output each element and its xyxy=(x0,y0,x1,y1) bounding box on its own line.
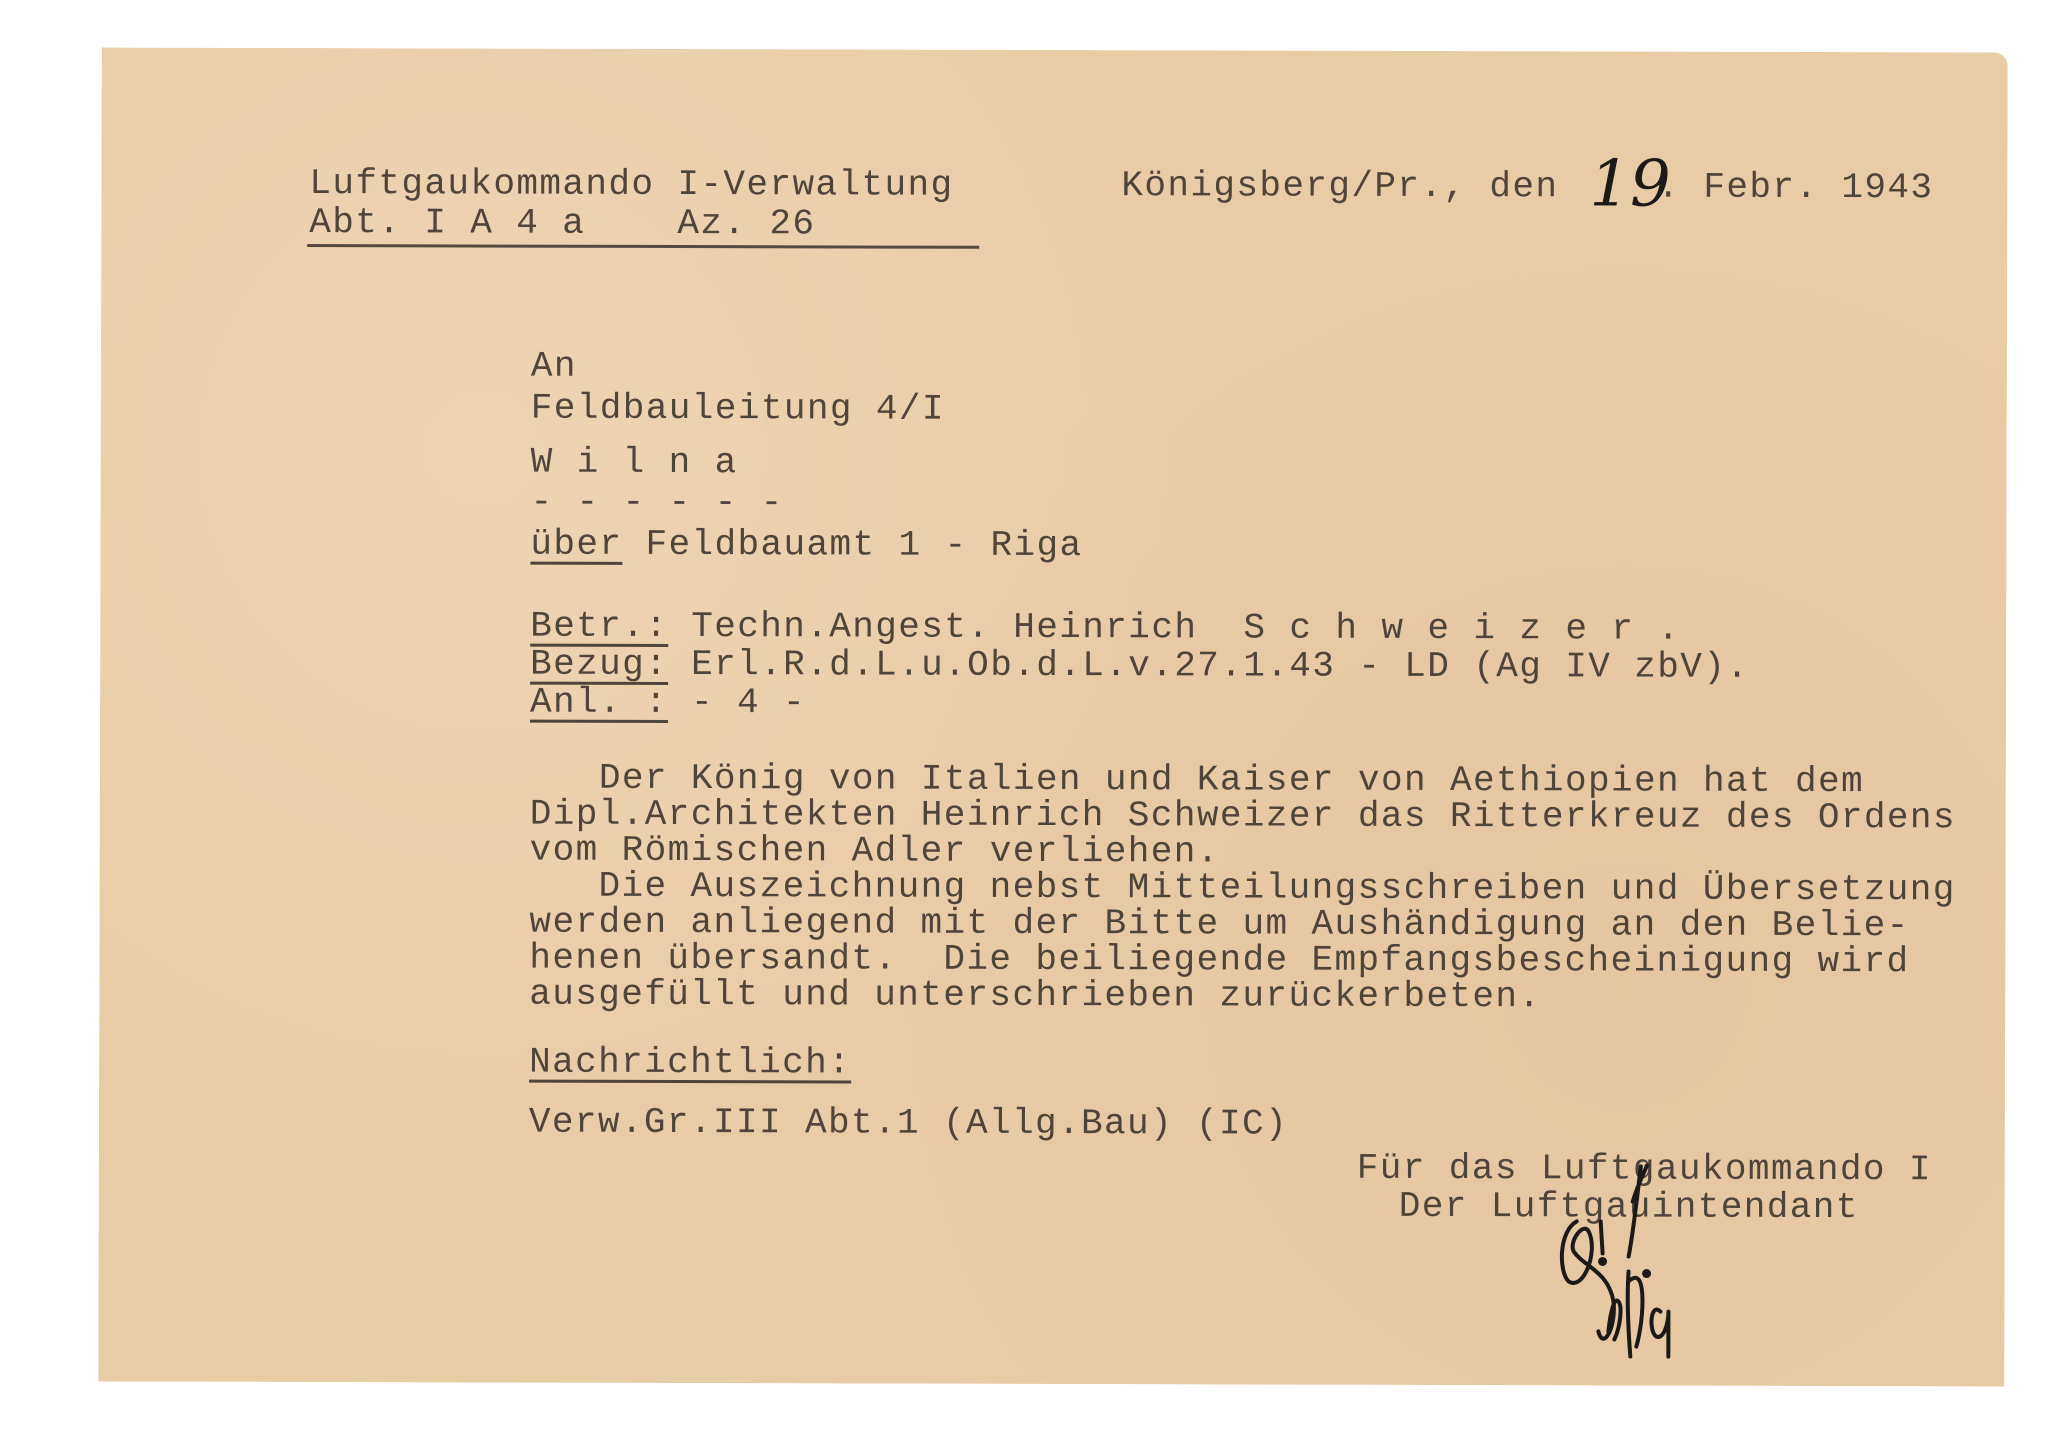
via-value: Feldbauamt 1 - Riga xyxy=(622,524,1082,566)
sender-underline xyxy=(307,244,979,249)
body-line: ausgefüllt und unterschrieben zurückerbe… xyxy=(529,977,1541,1016)
body-line: vom Römischen Adler verliehen. xyxy=(530,833,1220,871)
cc-value: Verw.Gr.III Abt.1 (Allg.Bau) (IC) xyxy=(529,1105,1288,1143)
reference-label: Betr.: xyxy=(530,606,668,647)
reference-value: - 4 - xyxy=(668,682,806,723)
address-recipient: Feldbauleitung 4/I xyxy=(531,391,945,428)
reference-label: Anl. : xyxy=(530,682,668,723)
reference-value: Techn.Angest. Heinrich S c h w e i z e r… xyxy=(668,606,1680,650)
cc-label: Nachrichtlich: xyxy=(529,1045,851,1082)
date-suffix: . Febr. 1943 xyxy=(1657,170,1933,207)
via-label: über xyxy=(530,524,622,565)
letter-paper: Luftgaukommando I-Verwaltung Abt. I A 4 … xyxy=(98,48,2007,1387)
place-date-prefix: Königsberg/Pr., den xyxy=(1121,168,1558,205)
sender-line-1: Luftgaukommando I-Verwaltung xyxy=(309,166,953,204)
address-via-line: über Feldbauamt 1 - Riga xyxy=(530,527,1082,564)
sender-line-2: Abt. I A 4 a Az. 26 xyxy=(309,205,815,242)
reference-betr: Betr.: Techn.Angest. Heinrich S c h w e … xyxy=(530,609,1680,648)
address-city-rule: - - - - - - xyxy=(531,485,784,522)
reference-anl: Anl. : - 4 - xyxy=(530,685,806,722)
reference-label: Bezug: xyxy=(530,644,668,685)
handwritten-signature xyxy=(1528,1161,1749,1362)
reference-value: Erl.R.d.L.u.Ob.d.L.v.27.1.43 - LD (Ag IV… xyxy=(668,644,1749,688)
reference-bezug: Bezug: Erl.R.d.L.u.Ob.d.L.v.27.1.43 - LD… xyxy=(530,647,1749,686)
address-city: W i l n a xyxy=(531,445,738,482)
address-to: An xyxy=(531,349,577,385)
